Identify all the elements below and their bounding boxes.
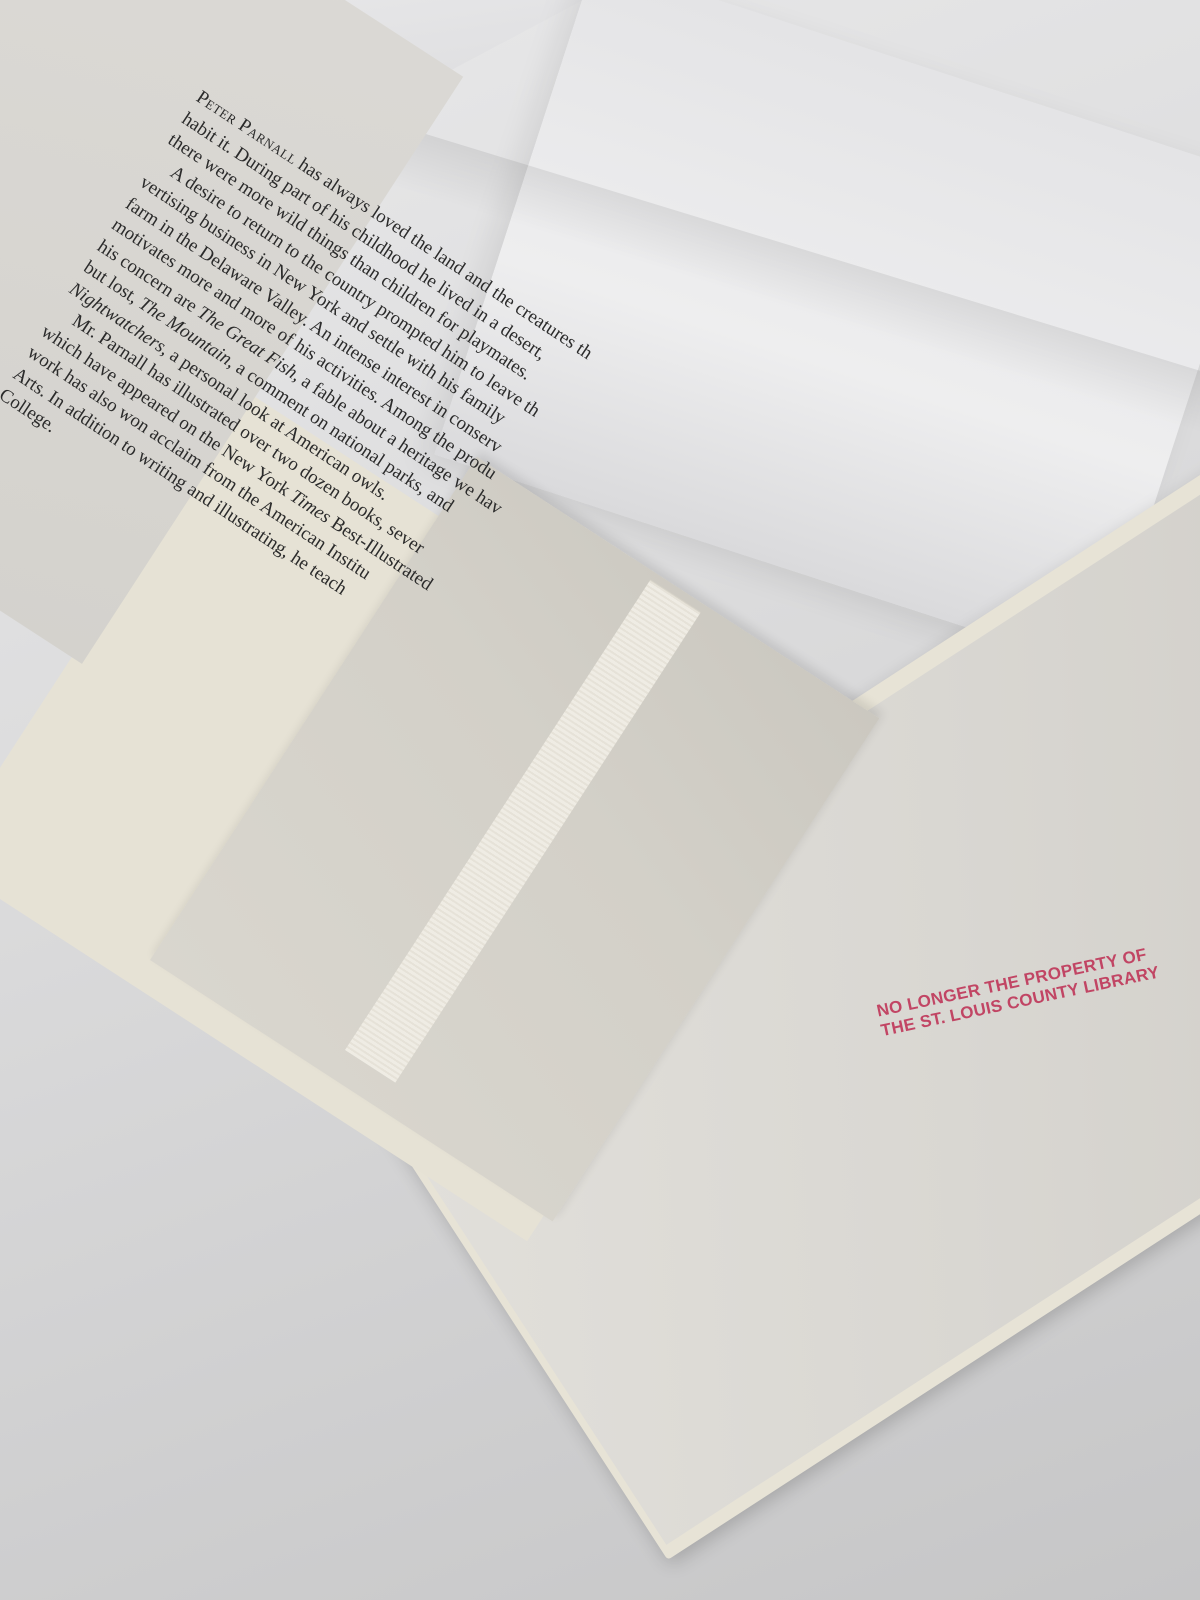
photo-scene: Peter Parnall has always loved the land … xyxy=(0,0,1200,1600)
